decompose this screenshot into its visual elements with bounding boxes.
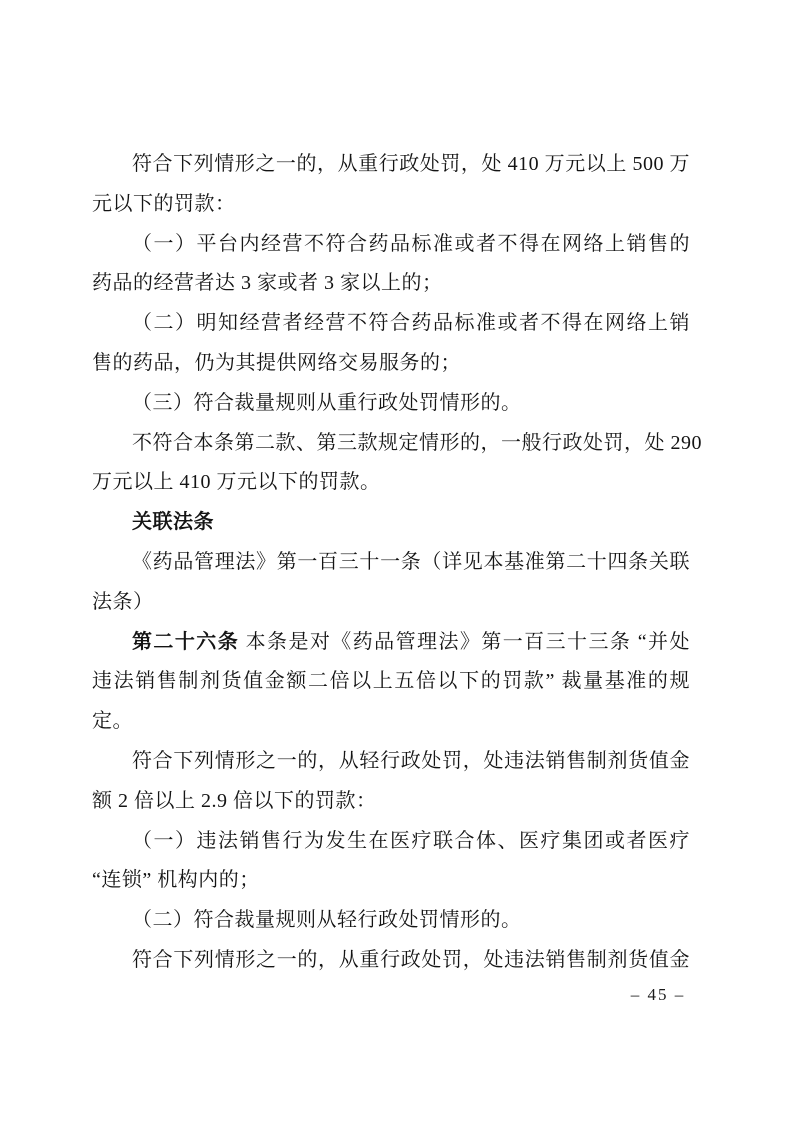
document-line: 定。 xyxy=(92,702,690,742)
document-line: （二）符合裁量规则从轻行政处罚情形的。 xyxy=(92,901,690,941)
document-line: （二）明知经营者经营不符合药品标准或者不得在网络上销 xyxy=(92,304,690,344)
document-page: 符合下列情形之一的，从重行政处罚，处 410 万元以上 500 万 元以下的罚款… xyxy=(0,0,793,1122)
document-line: 法条） xyxy=(92,583,690,623)
document-line: 元以下的罚款： xyxy=(92,185,690,225)
document-line: 符合下列情形之一的，从轻行政处罚，处违法销售制剂货值金 xyxy=(92,742,690,782)
document-line: （三）符合裁量规则从重行政处罚情形的。 xyxy=(92,384,690,424)
document-line: （一）违法销售行为发生在医疗联合体、医疗集团或者医疗 xyxy=(92,822,690,862)
document-line-article-26: 第二十六条 本条是对《药品管理法》第一百三十三条 “并处 xyxy=(92,623,690,663)
document-text-block: 符合下列情形之一的，从重行政处罚，处 410 万元以上 500 万 元以下的罚款… xyxy=(92,145,690,981)
section-heading: 关联法条 xyxy=(92,503,690,543)
document-line: 万元以上 410 万元以下的罚款。 xyxy=(92,463,690,503)
article-body-text: 本条是对《药品管理法》第一百三十三条 “并处 xyxy=(239,631,690,653)
page-number: – 45 – xyxy=(622,983,694,1007)
document-line: 符合下列情形之一的，从重行政处罚，处违法销售制剂货值金 xyxy=(92,941,690,981)
document-line: 符合下列情形之一的，从重行政处罚，处 410 万元以上 500 万 xyxy=(92,145,690,185)
article-number-label: 第二十六条 xyxy=(132,631,239,653)
document-line: 不符合本条第二款、第三款规定情形的，一般行政处罚，处 290 xyxy=(92,424,690,464)
document-line: 额 2 倍以上 2.9 倍以下的罚款： xyxy=(92,782,690,822)
document-line: 《药品管理法》第一百三十一条（详见本基准第二十四条关联 xyxy=(92,543,690,583)
document-line: “连锁” 机构内的； xyxy=(92,861,690,901)
document-line: （一）平台内经营不符合药品标准或者不得在网络上销售的 xyxy=(92,225,690,265)
document-line: 售的药品，仍为其提供网络交易服务的； xyxy=(92,344,690,384)
document-line: 药品的经营者达 3 家或者 3 家以上的； xyxy=(92,264,690,304)
document-line: 违法销售制剂货值金额二倍以上五倍以下的罚款” 裁量基准的规 xyxy=(92,662,690,702)
